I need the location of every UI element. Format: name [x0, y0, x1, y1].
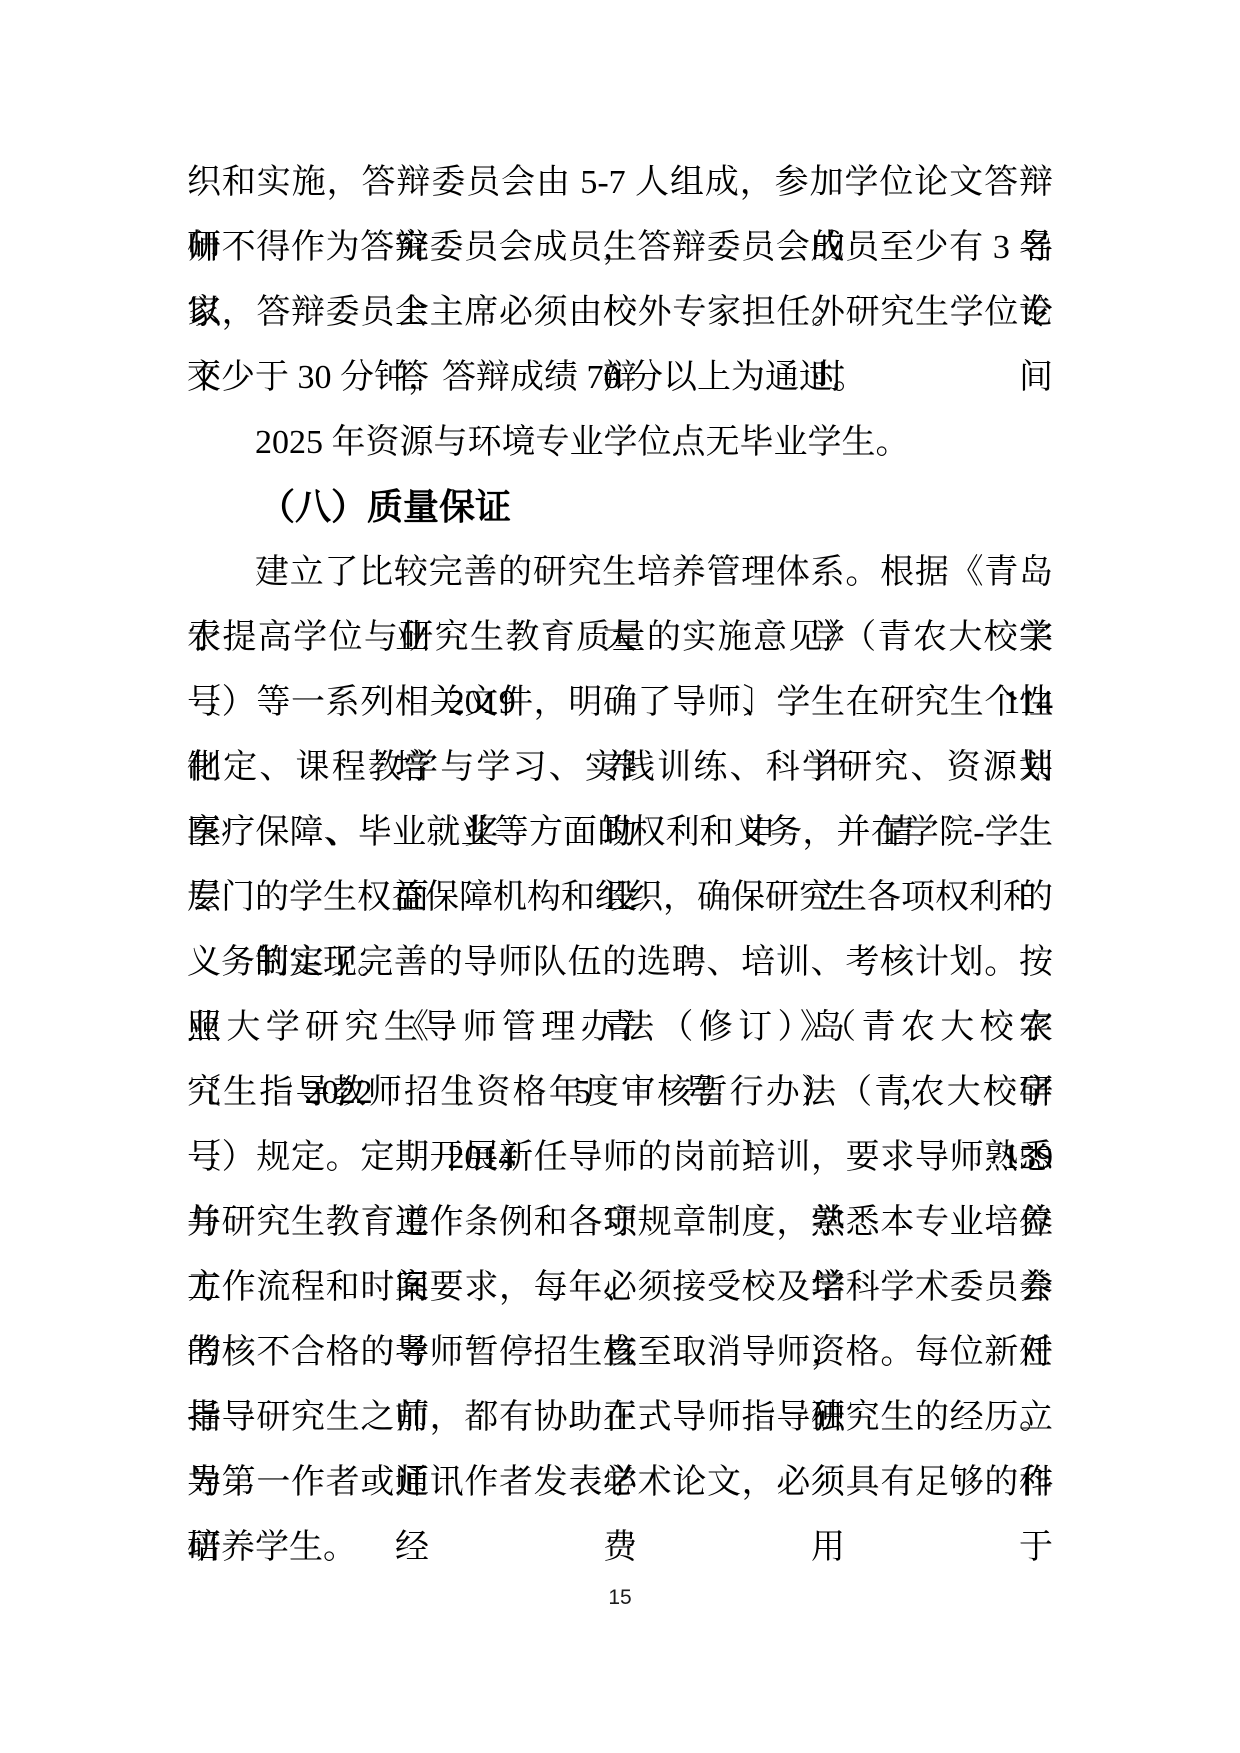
text-line: 织和实施，答辩委员会由 5-7 人组成，参加学位论文答辩研究生的导: [187, 150, 1053, 215]
text-line: 医疗保障、毕业就业等方面的权利和义务，并在学院-学生层面设立的: [187, 800, 1053, 865]
text-line: 制定、课程教学与学习、实践训练、科学研究、资源共享、奖助申请、: [187, 735, 1053, 800]
text-line: 于提高学位与研究生教育质量的实施意见》（青农大校字〔2019〕114: [187, 605, 1053, 670]
text-line: 与研究生教育工作条例和各项规章制度，熟悉本专业培养方案、培养: [187, 1190, 1053, 1255]
document-page: 织和实施，答辩委员会由 5-7 人组成，参加学位论文答辩研究生的导师不得作为答辩…: [0, 0, 1240, 1753]
document-body-text: 织和实施，答辩委员会由 5-7 人组成，参加学位论文答辩研究生的导师不得作为答辩…: [187, 150, 1053, 1580]
text-line: 考核不合格的导师暂停招生直至取消导师资格。每位新任导师在独立: [187, 1320, 1053, 1385]
text-line: 建立了比较完善的研究生培养管理体系。根据《青岛农业大学关: [187, 540, 1053, 605]
text-line: 为第一作者或通讯作者发表学术论文，必须具有足够的科研经费用于: [187, 1450, 1053, 1515]
section-heading: （八）质量保证: [187, 475, 1053, 540]
text-line: 制定了完善的导师队伍的选聘、培训、考核计划。按照《青岛农: [187, 930, 1053, 995]
text-line: 师不得作为答辩委员会成员，答辩委员会成员至少有 3 名以上校外专: [187, 215, 1053, 280]
text-line: 业大学研究生导师管理办法（修订）》（青农大校字〔2022〕5 号），研: [187, 995, 1053, 1060]
text-line: 究生指导教师招生资格年度审核暂行办法（青农大校字〔2014〕159: [187, 1060, 1053, 1125]
text-line: 家，答辩委员会主席必须由校外专家担任。研究生学位论文答辩时间: [187, 280, 1053, 345]
text-line: 号）等一系列相关文件，明确了导师、学生在研究生个性化培养计划: [187, 670, 1053, 735]
text-line: 号）规定。定期开展新任导师的岗前培训，要求导师熟悉并遵守学位: [187, 1125, 1053, 1190]
text-line: 指导研究生之前，都有协助正式导师指导研究生的经历。导师必须作: [187, 1385, 1053, 1450]
text-line: 2025 年资源与环境专业学位点无毕业学生。: [187, 410, 1053, 475]
text-line: 工作流程和时间要求，每年必须接受校及学科学术委员会的考核，对: [187, 1255, 1053, 1320]
text-line: 专门的学生权益保障机构和组织，确保研究生各项权利和义务的实现。: [187, 865, 1053, 930]
page-number: 15: [0, 1585, 1240, 1611]
